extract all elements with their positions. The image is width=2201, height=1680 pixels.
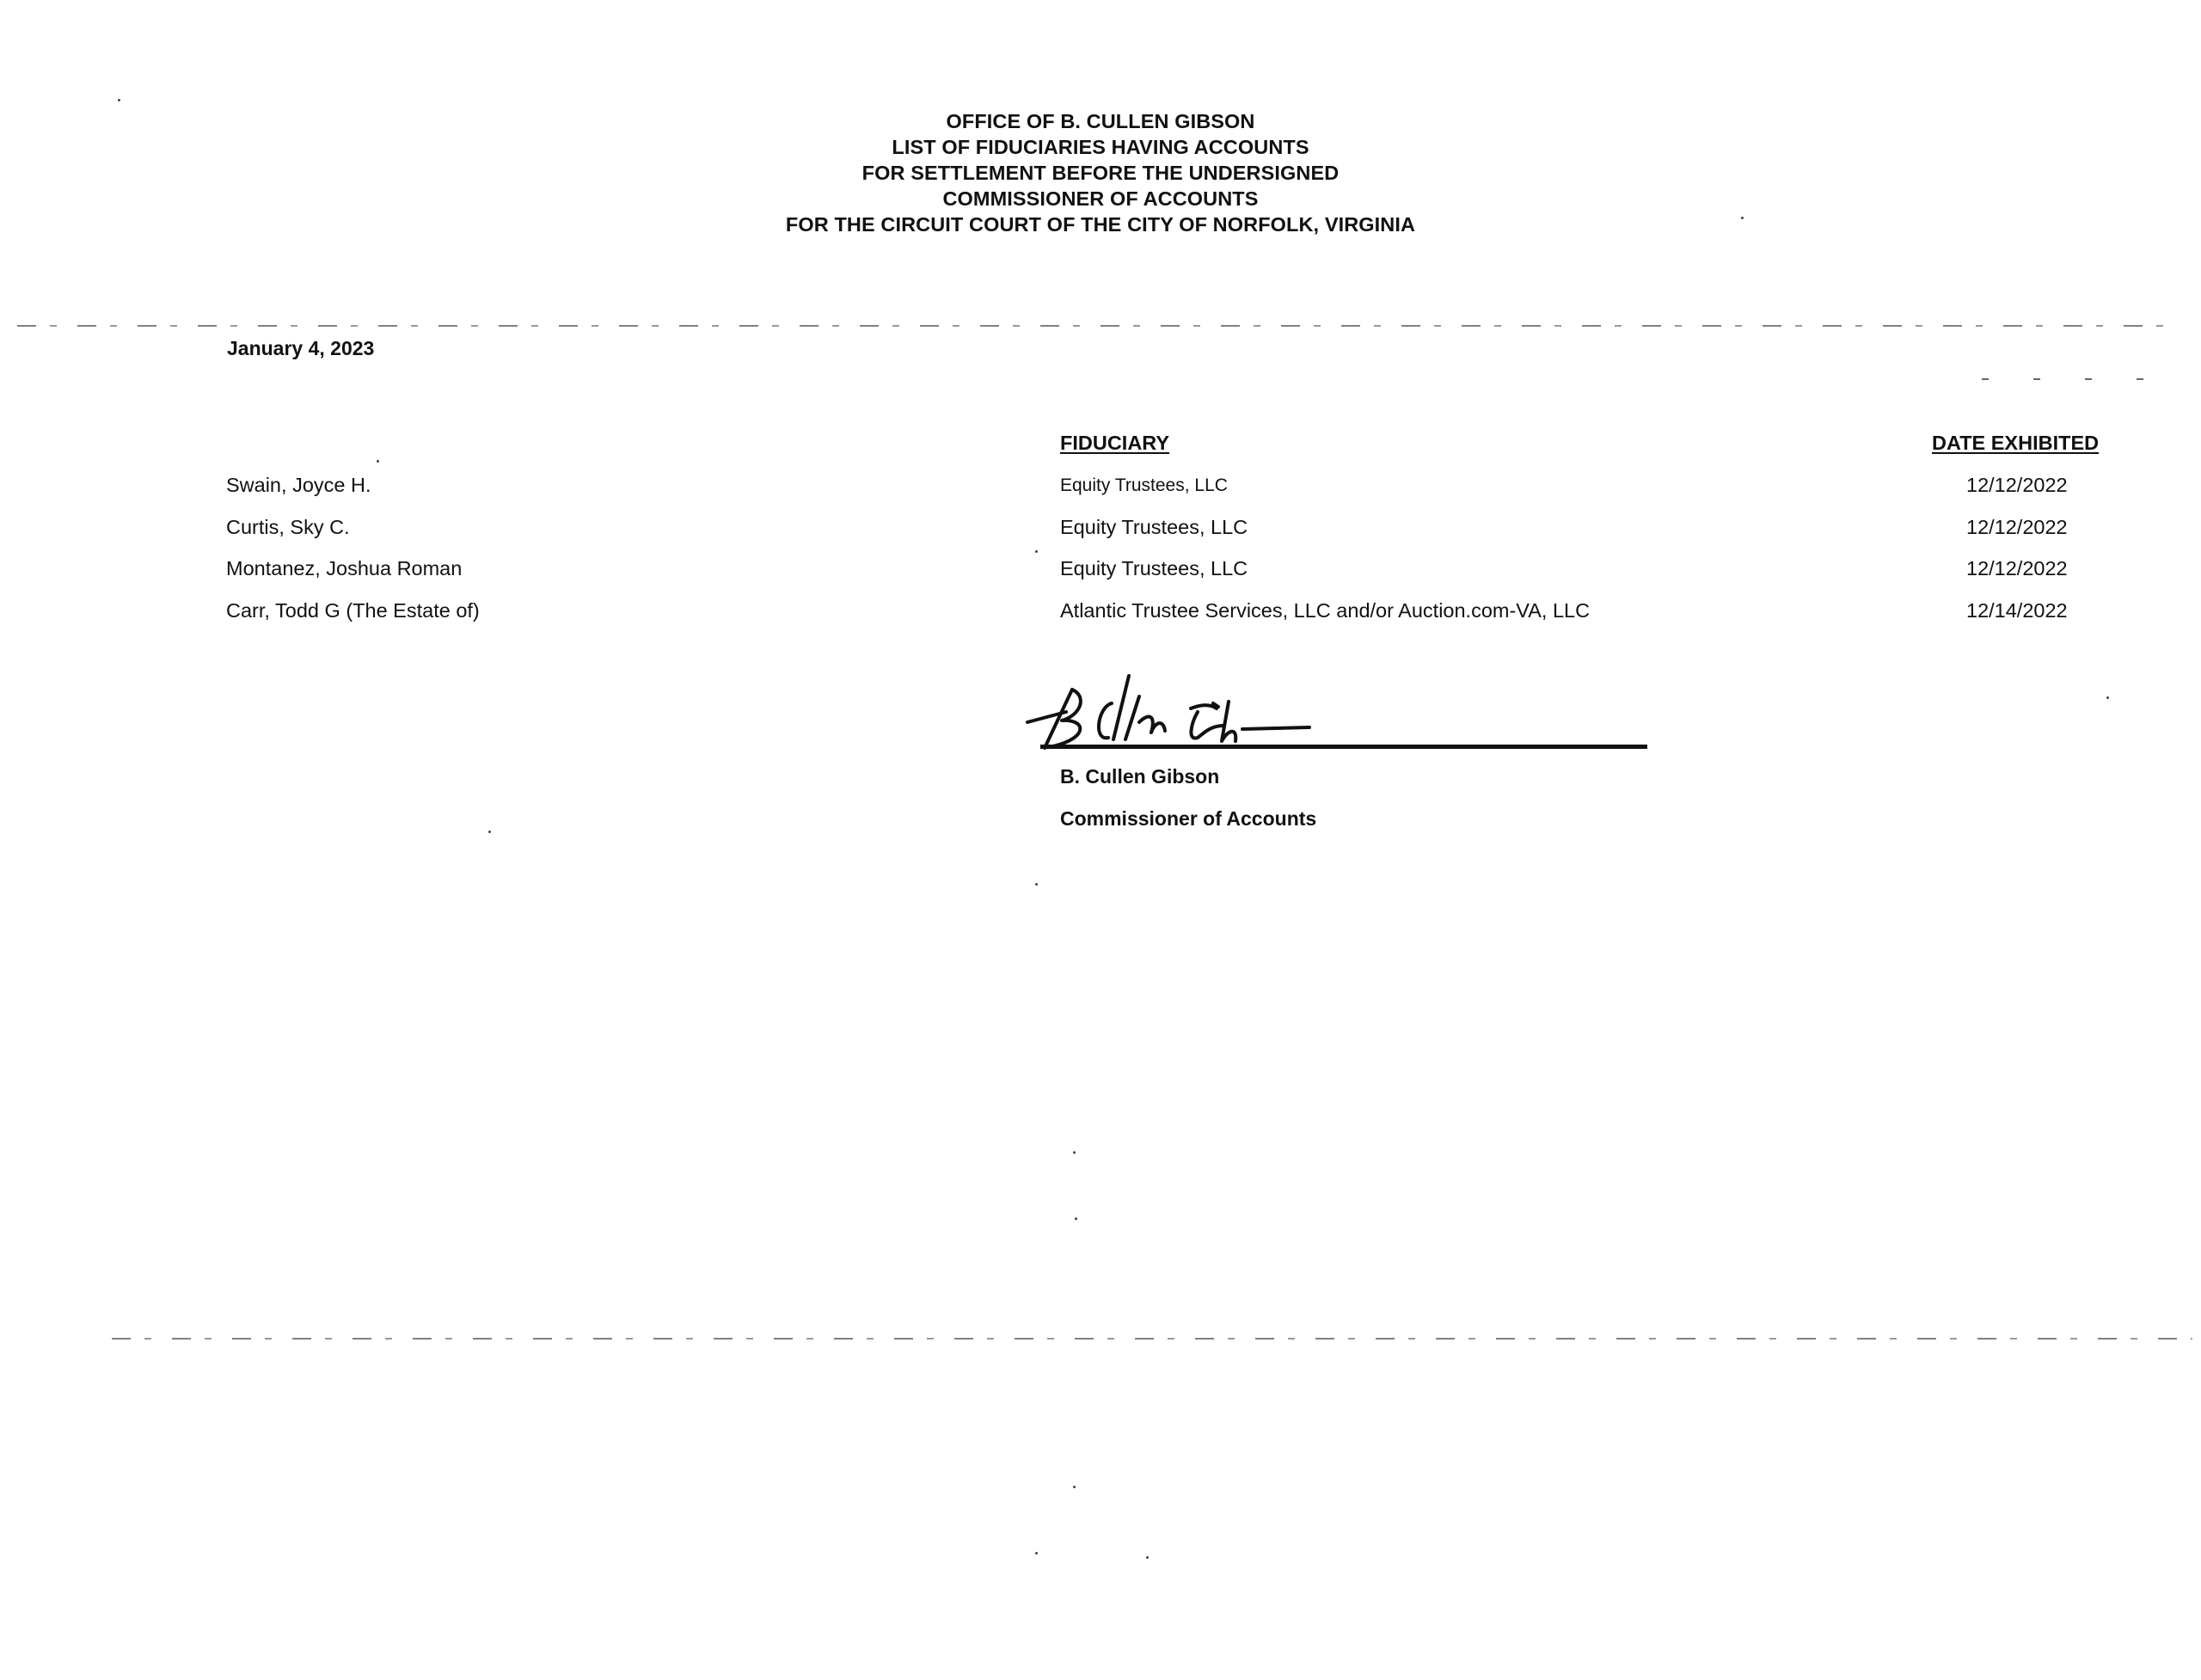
scan-speck <box>377 460 379 463</box>
column-header-fiduciary: FIDUCIARY <box>1060 432 1169 455</box>
date-exhibited: 12/14/2022 <box>1966 599 2068 622</box>
scan-speck <box>1146 1556 1149 1559</box>
scan-speck <box>1073 1151 1076 1154</box>
signer-name: B. Cullen Gibson <box>1060 765 1219 788</box>
scan-speck <box>1075 1217 1077 1220</box>
column-header-date-exhibited: DATE EXHIBITED <box>1932 432 2099 455</box>
estate-name: Swain, Joyce H. <box>226 474 371 497</box>
scan-artifact-line-top <box>17 325 2184 327</box>
heading-line-list: LIST OF FIDUCIARIES HAVING ACCOUNTS <box>0 134 2201 160</box>
signature-line <box>1040 745 1647 749</box>
estate-name: Curtis, Sky C. <box>226 516 350 539</box>
document-heading: OFFICE OF B. CULLEN GIBSON LIST OF FIDUC… <box>0 108 2201 237</box>
scan-artifact-dashes-right <box>1982 378 2154 380</box>
date-exhibited: 12/12/2022 <box>1966 474 2068 497</box>
date-exhibited: 12/12/2022 <box>1966 516 2068 539</box>
heading-line-settlement: FOR SETTLEMENT BEFORE THE UNDERSIGNED <box>0 160 2201 186</box>
scan-speck <box>1741 217 1744 219</box>
date-exhibited: 12/12/2022 <box>1966 557 2068 580</box>
signer-title: Commissioner of Accounts <box>1060 807 1316 831</box>
scan-artifact-line-bottom <box>112 1338 2192 1340</box>
fiduciary-name: Equity Trustees, LLC <box>1060 475 1228 496</box>
estate-name: Montanez, Joshua Roman <box>226 557 462 580</box>
scan-speck <box>488 831 491 833</box>
signature-scribble <box>1019 662 1414 757</box>
scan-speck <box>1073 1486 1076 1488</box>
heading-line-commissioner: COMMISSIONER OF ACCOUNTS <box>0 186 2201 212</box>
scan-speck <box>118 99 120 101</box>
scan-speck <box>1035 883 1038 886</box>
document-date: January 4, 2023 <box>227 337 374 360</box>
scan-speck <box>2106 696 2109 699</box>
fiduciary-name: Equity Trustees, LLC <box>1060 516 1248 539</box>
fiduciary-name: Atlantic Trustee Services, LLC and/or Au… <box>1060 599 1590 622</box>
heading-line-office: OFFICE OF B. CULLEN GIBSON <box>0 108 2201 134</box>
heading-line-court: FOR THE CIRCUIT COURT OF THE CITY OF NOR… <box>0 212 2201 237</box>
scan-speck <box>1035 1552 1038 1554</box>
estate-name: Carr, Todd G (The Estate of) <box>226 599 480 622</box>
scan-speck <box>1035 550 1038 553</box>
fiduciary-name: Equity Trustees, LLC <box>1060 557 1248 580</box>
